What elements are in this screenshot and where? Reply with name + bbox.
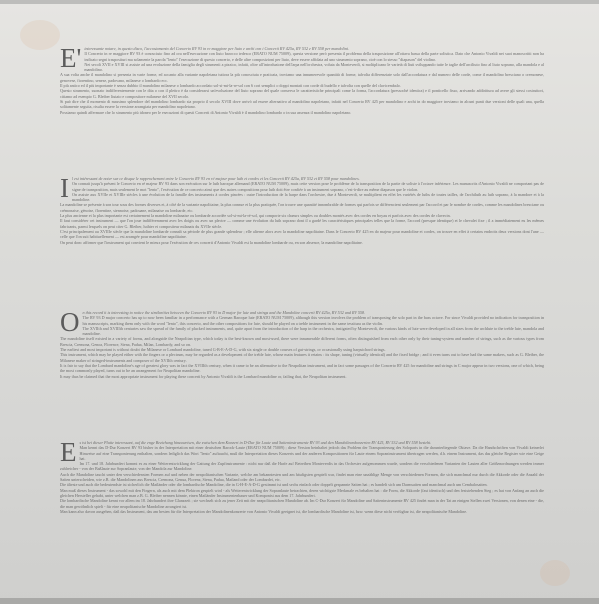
paragraph: Die älteste und auch die bedeutendste is… bbox=[60, 482, 544, 487]
drop-cap: E' bbox=[60, 47, 81, 69]
drop-cap: I bbox=[60, 177, 69, 199]
top-edge bbox=[0, 0, 599, 4]
paragraph: It is fair to say that the Lombard mando… bbox=[60, 363, 544, 374]
paragraph: La mandoline se présente à son tour sous… bbox=[60, 202, 544, 213]
paper-stain bbox=[540, 560, 570, 586]
paragraph: Si può dire che il momento di massimo sp… bbox=[60, 99, 544, 110]
paragraph: Nei secoli XVII e XVIII si assiste ad un… bbox=[60, 62, 544, 73]
paragraph: It may thus be claimed that the most app… bbox=[60, 374, 544, 379]
paragraph: Il faut considérer cet instrument — que … bbox=[60, 218, 544, 229]
record-back-cover: E'interessante notare, in questo disco, … bbox=[0, 0, 599, 604]
section-italian: E'interessante notare, in questo disco, … bbox=[60, 46, 544, 115]
section-german: Es ist bei dieser Platte interessant, au… bbox=[60, 440, 544, 514]
paragraph: C'est principalement au XVIIIe siècle qu… bbox=[60, 229, 544, 240]
paragraph: Man kann also davon ausgehen, daß das In… bbox=[60, 509, 544, 514]
paragraph: On assiste aux XVIIe et XVIIIe siècles à… bbox=[60, 192, 544, 203]
drop-cap: E bbox=[60, 441, 77, 463]
paragraph: Possiamo quindi affermare che lo strumen… bbox=[60, 110, 544, 115]
paragraph: Die lombardische Mandoline kennt vor all… bbox=[60, 498, 544, 509]
paragraph: The mandoline itself existed in a variet… bbox=[60, 336, 544, 347]
paragraph: Man muß dieses Instrument - das sowohl m… bbox=[60, 488, 544, 499]
paragraph: Man kennt das D-Dur Konzert RV 93 bisher… bbox=[60, 445, 544, 461]
paper-stain bbox=[20, 20, 60, 50]
paragraph: Questo strumento, suonato indifferenteme… bbox=[60, 88, 544, 99]
paragraph: Auch die Mandoline taucht unter den vers… bbox=[60, 472, 544, 483]
paragraph: Il Concerto in re maggiore RV 93 è conos… bbox=[60, 51, 544, 62]
paragraph: The XVIIth and XVIIIth centuries saw the… bbox=[60, 326, 544, 337]
paragraph: On peut donc affirmer que l'instrument q… bbox=[60, 240, 544, 245]
paragraph: The RV 93 D major concerto has up to now… bbox=[60, 315, 544, 326]
paragraph: On connait jusqu'à présent le Concerto e… bbox=[60, 181, 544, 192]
drop-cap: O bbox=[60, 311, 80, 333]
bottom-edge bbox=[0, 598, 599, 604]
paragraph: A sua volta anche il mandolino si presen… bbox=[60, 72, 544, 83]
paragraph: This instrument, which may be played eit… bbox=[60, 352, 544, 363]
paragraph: Im 17. und 18. Jahrhundert kommt es zu e… bbox=[60, 461, 544, 472]
section-french: Il est intéressant de noter sur ce disqu… bbox=[60, 176, 544, 245]
section-english: On this record it is interesting to noti… bbox=[60, 310, 544, 379]
